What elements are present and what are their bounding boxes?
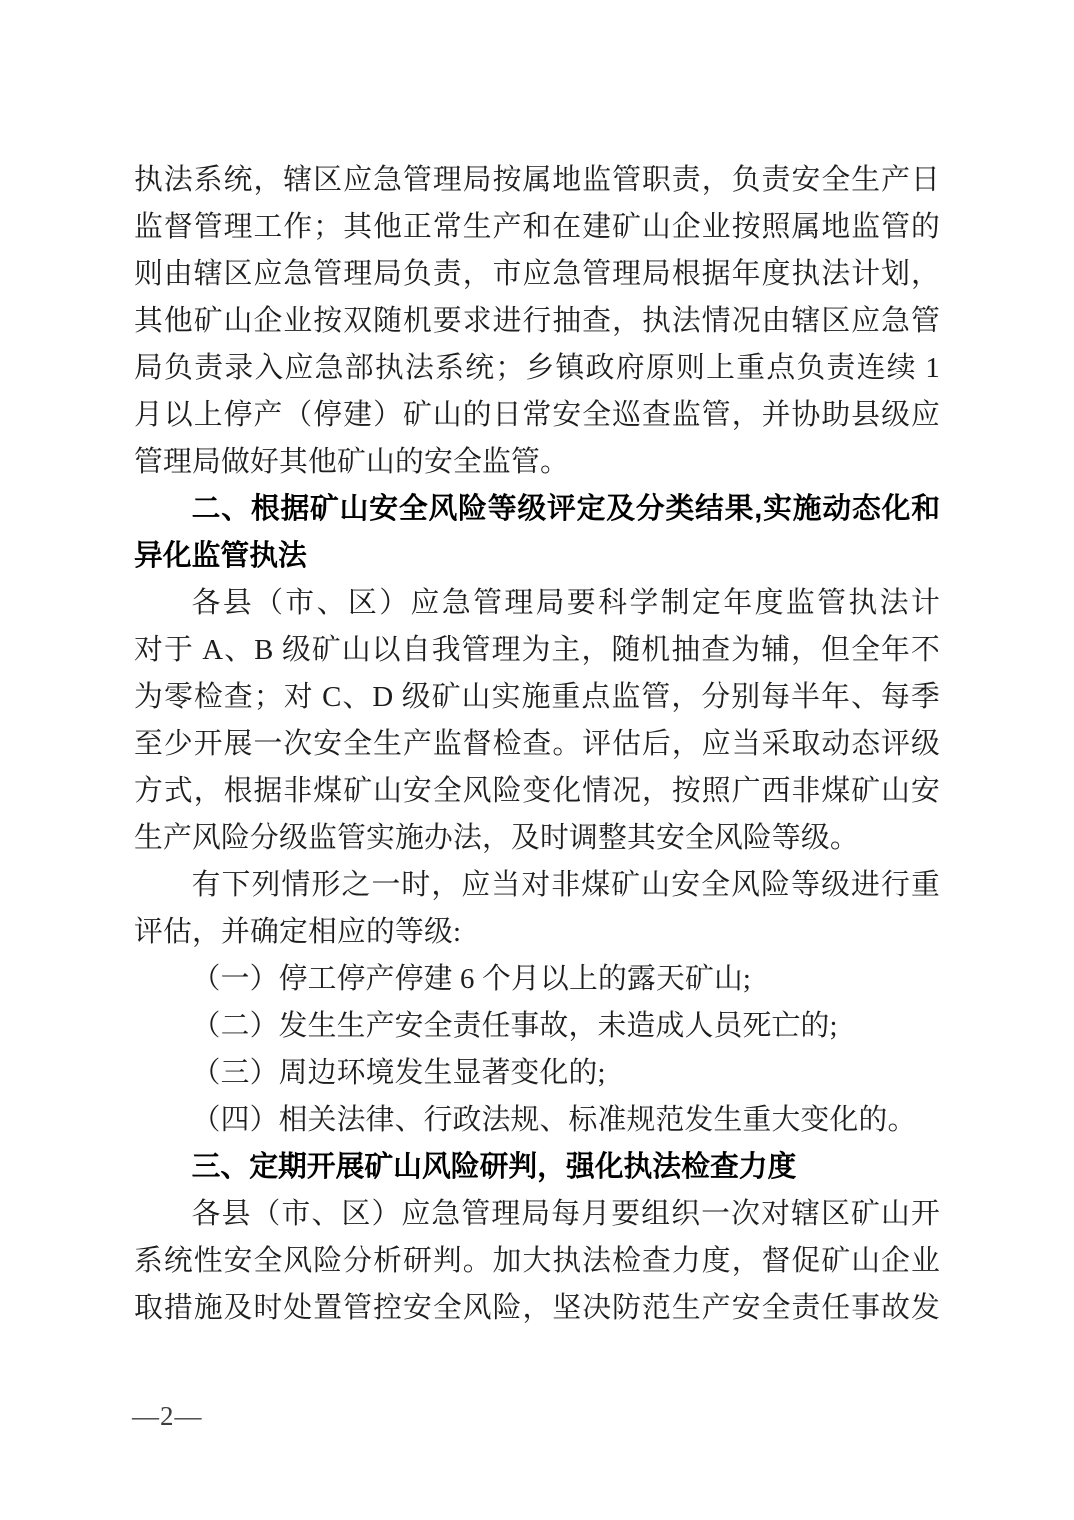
list-item-line: （一）停工停产停建 6 个月以上的露天矿山; [134, 956, 940, 1003]
paragraph-line: 执法系统，辖区应急管理局按属地监管职责，负责安全生产日常 [134, 157, 940, 204]
paragraph-line: 方式，根据非煤矿山安全风险变化情况，按照广西非煤矿山安全 [134, 768, 940, 815]
page-number: —2— [132, 1399, 203, 1433]
paragraph-line: 监督管理工作；其他正常生产和在建矿山企业按照属地监管的原 [134, 204, 940, 251]
document-body: 执法系统，辖区应急管理局按属地监管职责，负责安全生产日常 监督管理工作；其他正常… [134, 157, 940, 1332]
paragraph-line: 系统性安全风险分析研判。加大执法检查力度，督促矿山企业采 [134, 1238, 940, 1285]
list-item-line: （二）发生生产安全责任事故，未造成人员死亡的; [134, 1003, 940, 1050]
paragraph-line: 其他矿山企业按双随机要求进行抽查，执法情况由辖区应急管理 [134, 298, 940, 345]
section-heading-line: 异化监管执法 [134, 533, 940, 580]
document-page: 执法系统，辖区应急管理局按属地监管职责，负责安全生产日常 监督管理工作；其他正常… [0, 0, 1074, 1520]
paragraph-line: 各县（市、区）应急管理局要科学制定年度监管执法计划， [134, 580, 940, 627]
paragraph-line: 为零检查；对 C、D 级矿山实施重点监管，分别每半年、每季度 [134, 674, 940, 721]
paragraph-line: 管理局做好其他矿山的安全监管。 [134, 439, 940, 486]
paragraph-line: 有下列情形之一时，应当对非煤矿山安全风险等级进行重新 [134, 862, 940, 909]
list-item-line: （三）周边环境发生显著变化的; [134, 1050, 940, 1097]
paragraph-line: 生产风险分级监管实施办法，及时调整其安全风险等级。 [134, 815, 940, 862]
paragraph-line: 至少开展一次安全生产监督检查。评估后，应当采取动态评级的 [134, 721, 940, 768]
paragraph-line: 月以上停产（停建）矿山的日常安全巡查监管，并协助县级应急 [134, 392, 940, 439]
paragraph-line: 评估，并确定相应的等级: [134, 909, 940, 956]
paragraph-line: 取措施及时处置管控安全风险，坚决防范生产安全责任事故发 [134, 1285, 940, 1332]
paragraph-line: 对于 A、B 级矿山以自我管理为主，随机抽查为辅，但全年不得 [134, 627, 940, 674]
paragraph-line: 各县（市、区）应急管理局每月要组织一次对辖区矿山开展 [134, 1191, 940, 1238]
list-item-line: （四）相关法律、行政法规、标准规范发生重大变化的。 [134, 1097, 940, 1144]
paragraph-line: 局负责录入应急部执法系统；乡镇政府原则上重点负责连续 1 个 [134, 345, 940, 392]
section-heading-line: 三、定期开展矿山风险研判，强化执法检查力度 [134, 1144, 940, 1191]
paragraph-line: 则由辖区应急管理局负责，市应急管理局根据年度执法计划，对 [134, 251, 940, 298]
section-heading-line: 二、根据矿山安全风险等级评定及分类结果,实施动态化和差 [134, 486, 940, 533]
